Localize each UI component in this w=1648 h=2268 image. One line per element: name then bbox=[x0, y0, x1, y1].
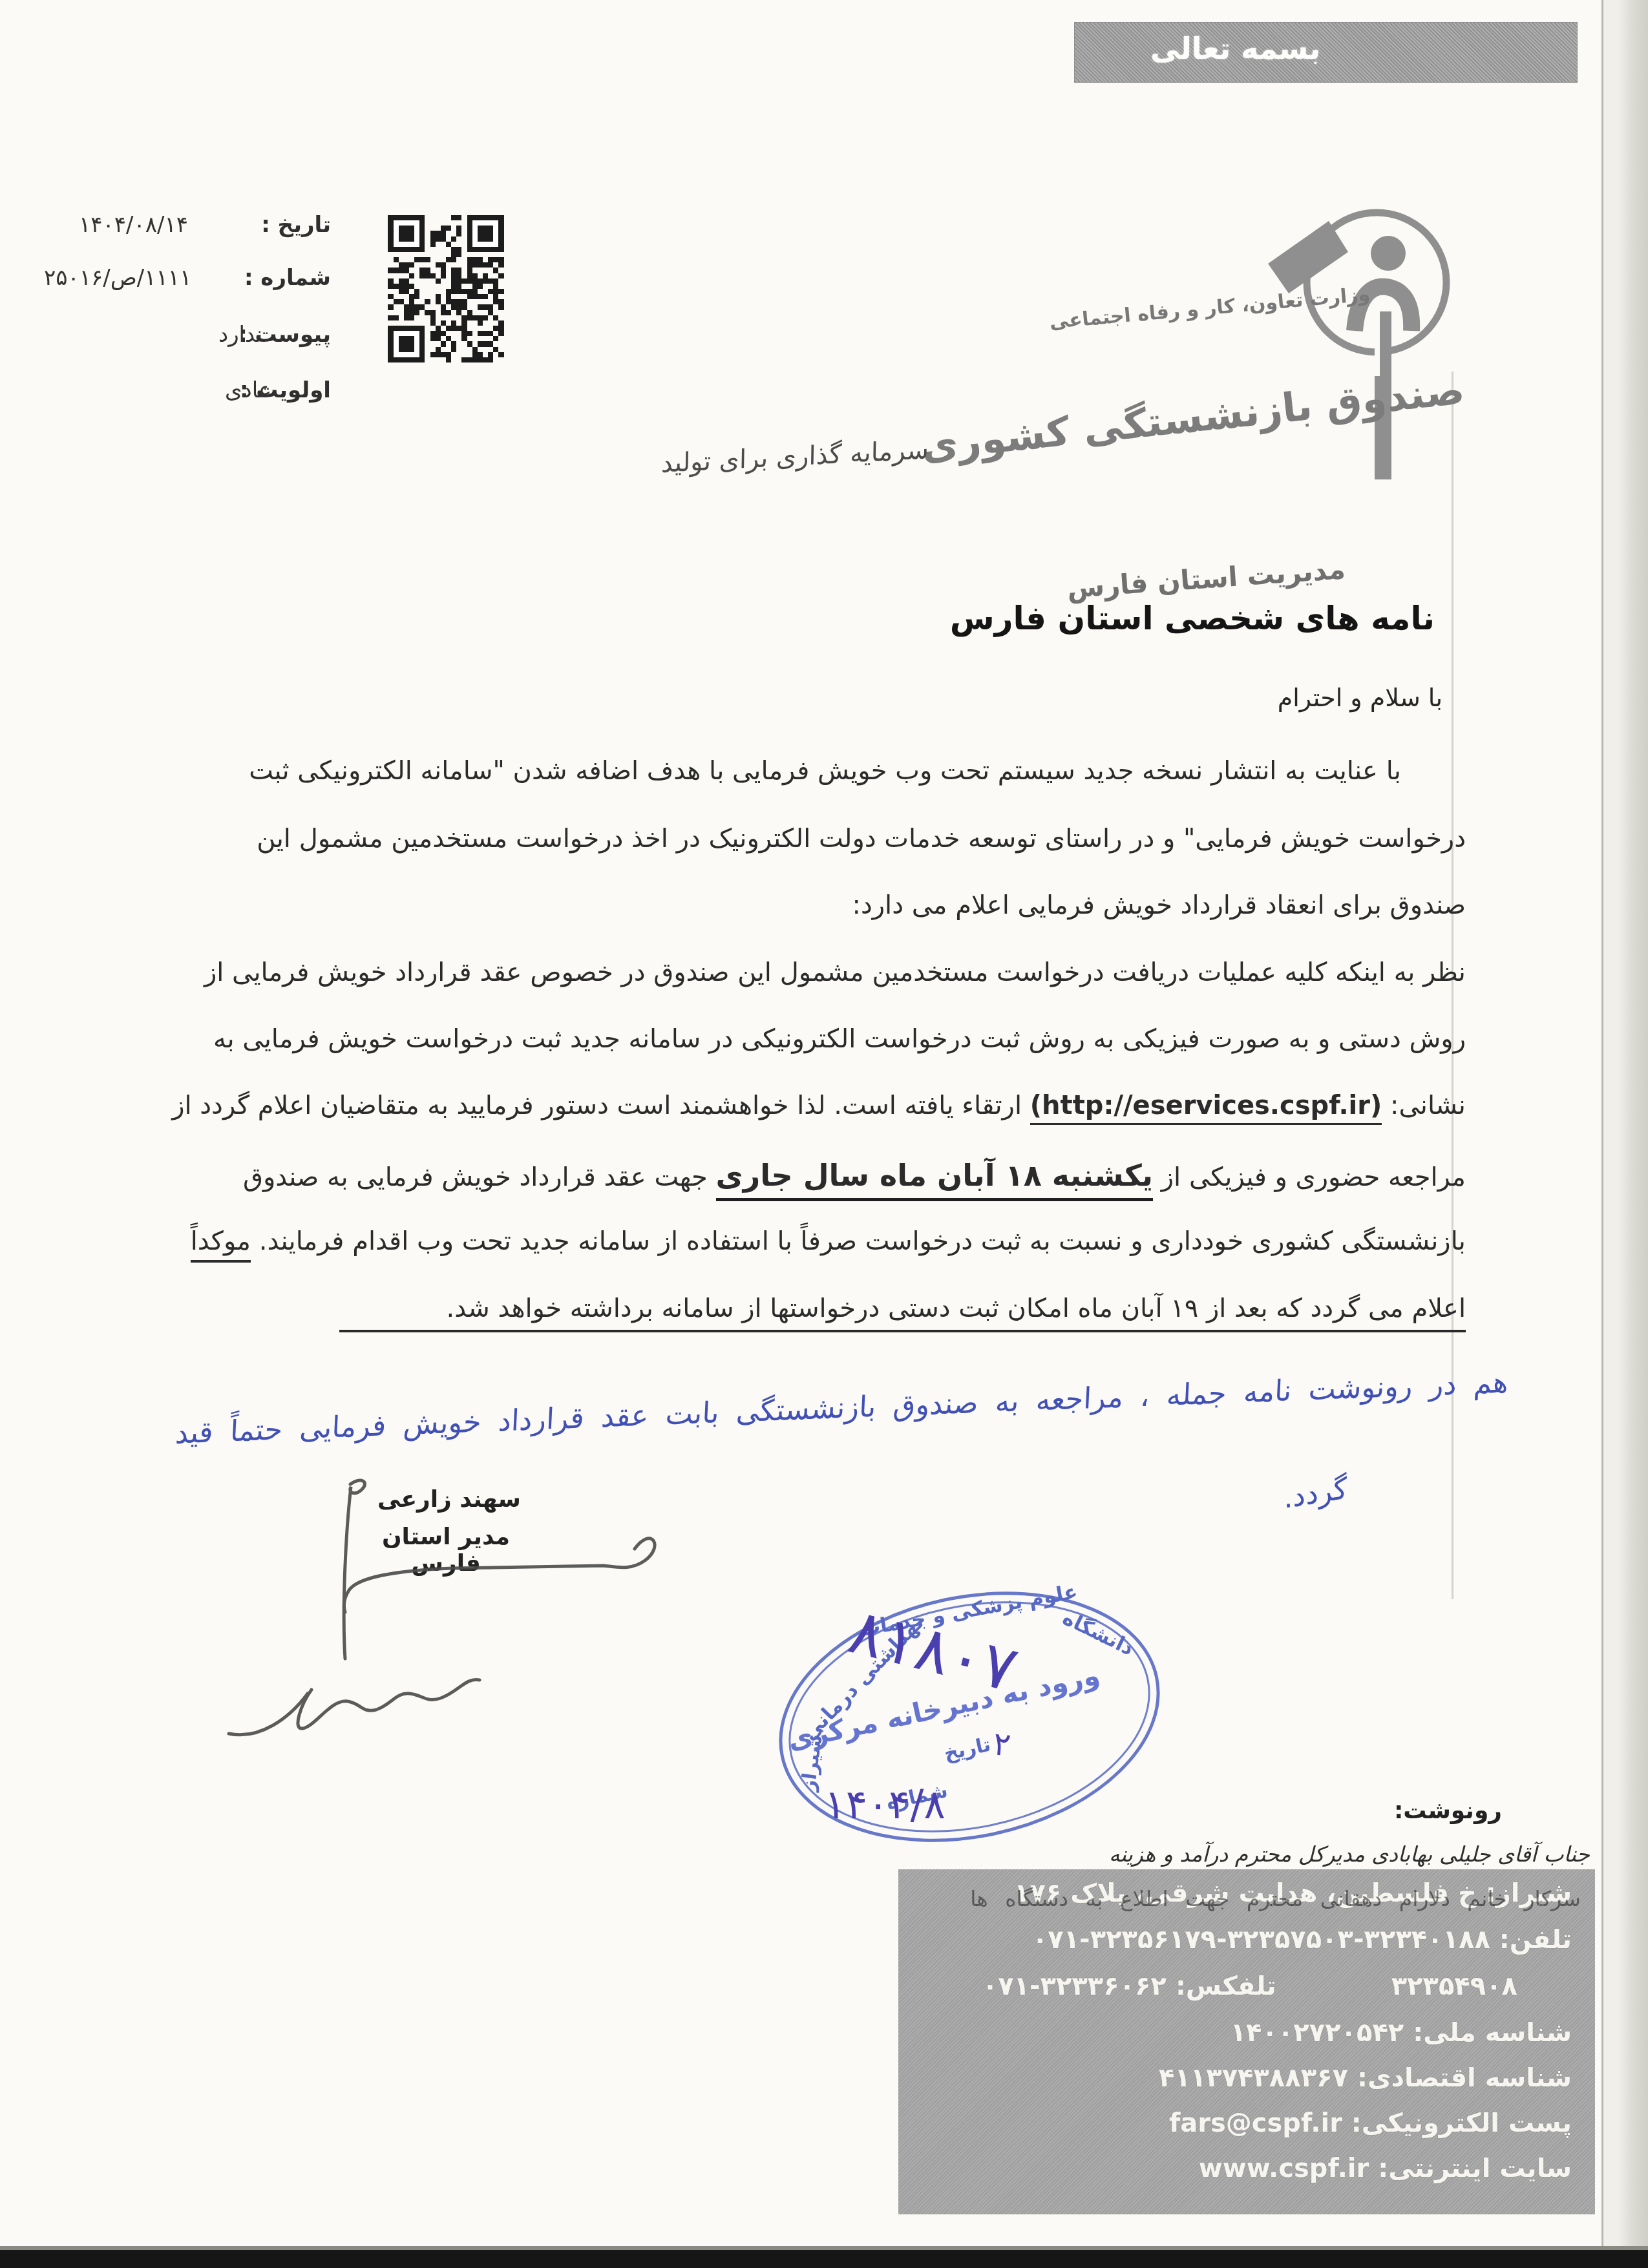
date-label: تاریخ : bbox=[261, 212, 331, 238]
line9-underlined: اعلام می گردد که بعد از ۱۹ آبان ماه امکا… bbox=[339, 1294, 1466, 1332]
copy-to-line: جناب آقای جلیلی بهابادی مدیرکل محترم درآ… bbox=[1109, 1842, 1590, 1867]
body-line-4: نظر به اینکه کلیه عملیات دریافت درخواست … bbox=[204, 958, 1466, 987]
phone-value: ۰۷۱-۳۲۳۵۶۱۷۹-۳۲۳۵۷۵۰۳-۳۲۳۴۰۱۸۸ bbox=[1032, 1925, 1490, 1955]
handwritten-note-line2: گردد. bbox=[1282, 1471, 1349, 1515]
qr-code bbox=[388, 215, 504, 365]
economic-id-value: ۴۱۱۳۷۴۳۸۸۳۶۷ bbox=[1159, 2063, 1348, 2093]
address-suffix: ارتقاء یافته است. لذا خواهشمند است دستور… bbox=[172, 1091, 1030, 1120]
letterhead-office: مدیریت استان فارس bbox=[1066, 553, 1347, 604]
scanned-letter-page: { "banner": { "text": "بسمه تعالی" }, "l… bbox=[0, 0, 1648, 2268]
website-label: سایت اینترنتی: bbox=[1378, 2154, 1572, 2183]
fax-label: تلفکس: bbox=[1176, 1971, 1276, 2001]
body-line-3: صندوق برای انعقاد قرارداد خویش فرمایی اع… bbox=[852, 890, 1466, 920]
date-value: ۱۴۰۴/۰۸/۱۴ bbox=[79, 212, 188, 238]
footer-email: پست الکترونیکی:fars@cspf.ir bbox=[1169, 2108, 1572, 2138]
letter-body: با عنایت به انتشار نسخه جدید سیستم تحت و… bbox=[97, 756, 1466, 1350]
stamp-handwritten-date: ۱۴۰۴/۸ bbox=[824, 1781, 945, 1828]
national-id-label: شناسه ملی: bbox=[1413, 2018, 1572, 2048]
year-slogan: سرمایه گذاری برای تولید bbox=[650, 434, 940, 479]
letter-title: نامه های شخصی استان فارس bbox=[950, 600, 1435, 637]
website-value: www.cspf.ir bbox=[1199, 2154, 1369, 2183]
address-prefix: نشانی: bbox=[1382, 1091, 1466, 1120]
eservices-url: (http://eservices.cspf.ir) bbox=[1030, 1091, 1382, 1125]
emphasis-word: موکداً bbox=[191, 1226, 251, 1263]
footer-phone2-fax: ۳۲۳۵۴۹۰۸ تلفکس:۰۷۱-۳۲۳۳۶۰۶۲ bbox=[982, 1971, 1517, 2001]
phone-label: تلفن: bbox=[1499, 1925, 1572, 1955]
signature-stroke-icon bbox=[174, 1476, 679, 1748]
attachment-value: ندارد bbox=[218, 322, 262, 348]
number-label: شماره : bbox=[244, 265, 331, 291]
national-id-value: ۱۴۰۰۲۷۲۰۵۴۲ bbox=[1231, 2018, 1404, 2048]
fax-value: ۰۷۱-۳۲۳۳۶۰۶۲ bbox=[982, 1971, 1167, 2001]
body-line-6: نشانی: (http://eservices.cspf.ir) ارتقاء… bbox=[172, 1091, 1466, 1125]
scan-edge-right bbox=[1601, 0, 1648, 2268]
economic-id-label: شناسه اقتصادی: bbox=[1357, 2063, 1572, 2093]
footer-phone: تلفن:۰۷۱-۳۲۳۵۶۱۷۹-۳۲۳۵۷۵۰۳-۳۲۳۴۰۱۸۸ bbox=[1032, 1925, 1572, 1955]
deadline-date: یکشنبه ۱۸ آبان ماه سال جاری bbox=[716, 1158, 1154, 1201]
footer-overlay-note: سرکار خانم دلارام دهقانی محترم جهت اطلاع… bbox=[909, 1886, 1581, 1911]
body-line-5: روش دستی و به صورت فیزیکی به روش ثبت درخ… bbox=[213, 1024, 1466, 1054]
footer-website: سایت اینترنتی:www.cspf.ir bbox=[1199, 2154, 1572, 2183]
body-line-2: درخواست خویش فرمایی" و در راستای توسعه خ… bbox=[257, 824, 1466, 854]
handwritten-note-line1: هم در رونوشت نامه جمله ، مراجعه به صندوق… bbox=[154, 1364, 1528, 1451]
secretariat-stamp: دانشگاه علوم پزشکی و خدمات بهداشتی درمان… bbox=[750, 1553, 1188, 1881]
body-line-8: بازنشستگی کشوری خودداری و نسبت به ثبت در… bbox=[191, 1226, 1466, 1256]
salutation: با سلام و احترام bbox=[1278, 684, 1442, 712]
body-line-7: مراجعه حضوری و فیزیکی از یکشنبه ۱۸ آبان … bbox=[243, 1158, 1466, 1193]
body-line-1: با عنایت به انتشار نسخه جدید سیستم تحت و… bbox=[249, 756, 1401, 786]
copy-to-heading: رونوشت: bbox=[1394, 1798, 1502, 1824]
line7-suffix: جهت عقد قرارداد خویش فرمایی به صندوق bbox=[243, 1162, 716, 1192]
scan-edge-bottom bbox=[0, 2250, 1648, 2268]
line7-prefix: مراجعه حضوری و فیزیکی از bbox=[1153, 1162, 1466, 1192]
footer-economic-id: شناسه اقتصادی:۴۱۱۳۷۴۳۸۸۳۶۷ bbox=[1159, 2063, 1572, 2093]
priority-value: عادی bbox=[225, 377, 271, 403]
footer-national-id: شناسه ملی:۱۴۰۰۲۷۲۰۵۴۲ bbox=[1231, 2018, 1572, 2048]
email-value: fars@cspf.ir bbox=[1169, 2108, 1342, 2138]
besmeh-text: بسمه تعالی bbox=[1150, 31, 1320, 66]
email-label: پست الکترونیکی: bbox=[1351, 2108, 1572, 2138]
number-value: ۲۵۰۱۶/ص/۱۱۱۱ bbox=[44, 265, 191, 291]
body-line-9: اعلام می گردد که بعد از ۱۹ آبان ماه امکا… bbox=[339, 1294, 1466, 1332]
meta-block: تاریخ : ۱۴۰۴/۰۸/۱۴ شماره : ۲۵۰۱۶/ص/۱۱۱۱ … bbox=[39, 212, 331, 419]
phone-extra-value: ۳۲۳۵۴۹۰۸ bbox=[1391, 1971, 1517, 2001]
besmeh-banner: بسمه تعالی bbox=[1074, 22, 1578, 83]
pension-fund-logo-icon bbox=[1267, 202, 1474, 499]
line8-text: بازنشستگی کشوری خودداری و نسبت به ثبت در… bbox=[251, 1226, 1466, 1256]
footer-contact-block: شیراز: خ فلسطین، هدایت شرقی، پلاک ۱۷۶ سر… bbox=[898, 1869, 1595, 2214]
